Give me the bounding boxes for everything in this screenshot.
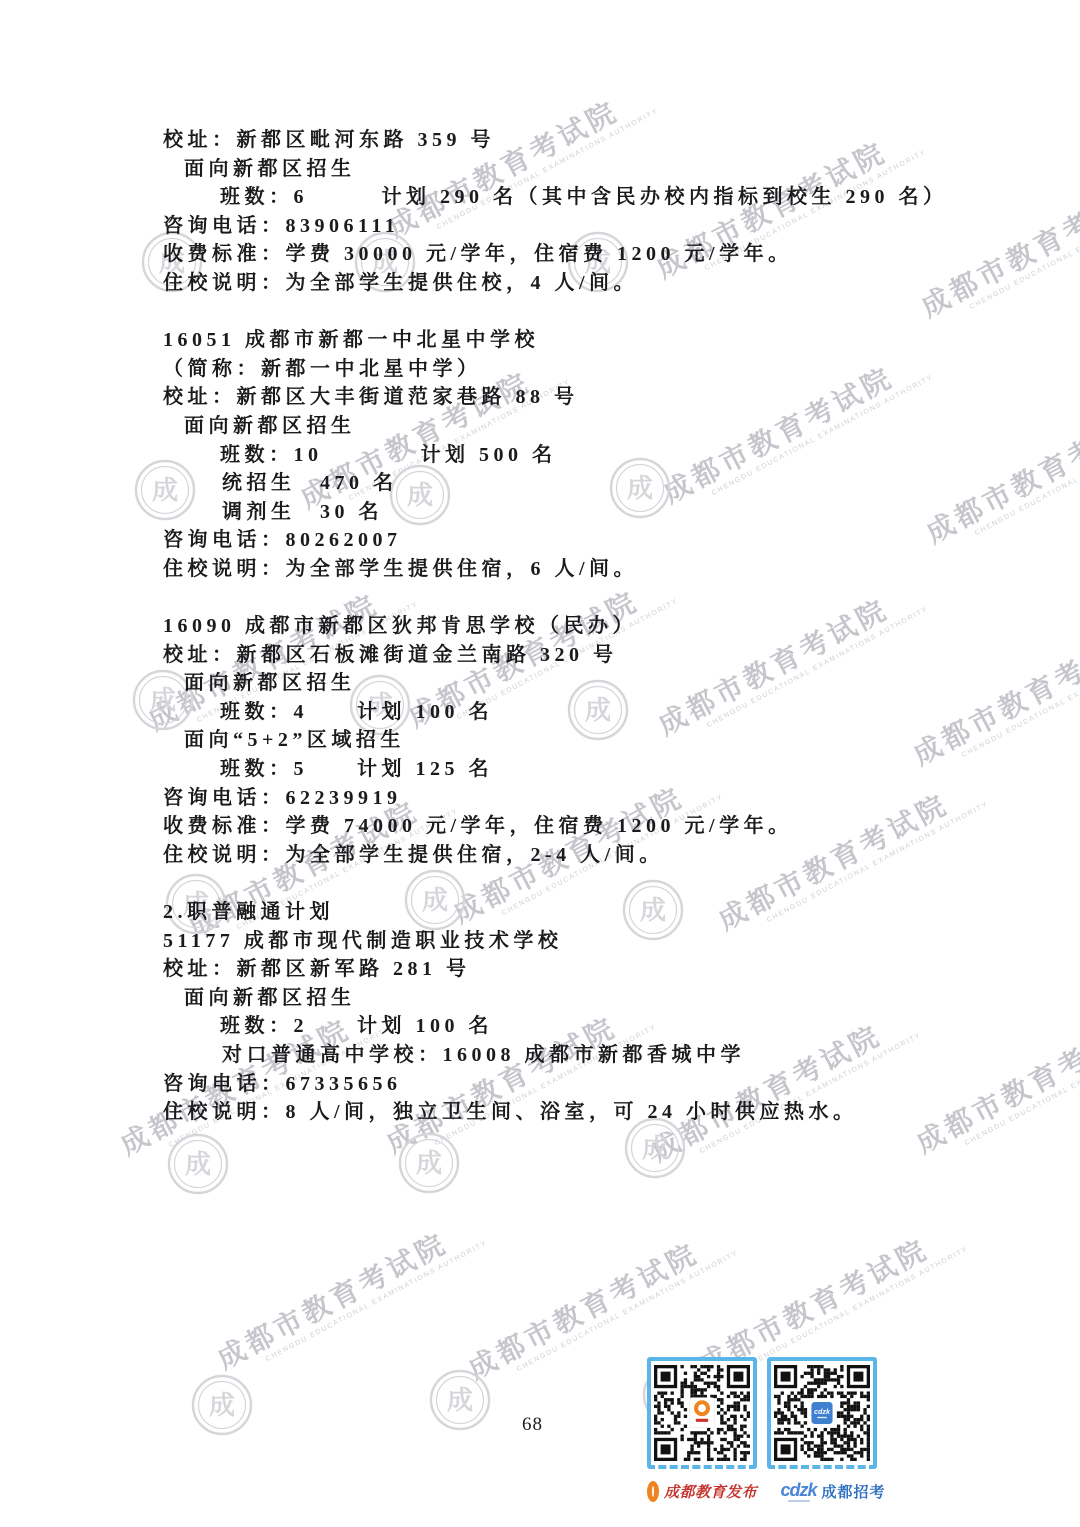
text-line: 收费标准：学费 74000 元/学年，住宿费 1200 元/学年。 [163,812,1040,841]
section-2: 16051 成都市新都一中北星中学校（简称：新都一中北星中学）校址：新都区大丰街… [163,326,1040,583]
text-line: 对口普通高中学校：16008 成都市新都香城中学 [163,1041,1040,1070]
text-line: 住校说明：为全部学生提供住校，4 人/间。 [163,269,1040,298]
text-line: 16051 成都市新都一中北星中学校 [163,326,1040,355]
text-line: 咨询电话：67335656 [163,1070,1040,1099]
qr-captions: 成都教育发布 cdzk 成都招考 [647,1477,885,1505]
watermark-stamp-icon: 成 [429,1369,491,1431]
text-line: 调剂生 30 名 [163,498,1040,527]
section-3: 16090 成都市新都区狄邦肯思学校（民办）校址：新都区石板滩街道金兰南路 32… [163,612,1040,869]
text-line: （简称：新都一中北星中学） [163,355,1040,384]
text-line: 校址：新都区大丰街道范家巷路 88 号 [163,383,1040,412]
text-line: 咨询电话：83906111 [163,212,1040,241]
text-line: 住校说明：为全部学生提供住宿，2-4 人/间。 [163,841,1040,870]
text-line: 班数：2 计划 100 名 [163,1012,1040,1041]
svg-text:成: 成 [209,1391,235,1420]
cdzk-logo-icon: cdzk [780,1481,816,1502]
section-1: 校址：新都区毗河东路 359 号面向新都区招生班数：6 计划 290 名（其中含… [163,126,1040,298]
text-line: 班数：10 计划 500 名 [163,441,1040,470]
text-line: 面向新都区招生 [163,984,1040,1013]
text-line: 统招生 470 名 [163,469,1040,498]
svg-text:成: 成 [447,1386,473,1415]
text-line: 面向“5+2”区域招生 [163,726,1040,755]
qr-image-right: cdzk [774,1364,870,1462]
text-line: 住校说明：为全部学生提供住宿，6 人/间。 [163,555,1040,584]
qr-image-left [654,1364,750,1462]
text-line: 咨询电话：62239919 [163,784,1040,813]
text-line: 面向新都区招生 [163,669,1040,698]
watermark-text: 成都市教育考试院CHENGDU EDUCATIONAL EXAMINATIONS… [209,1205,488,1383]
caption-chengdu-zhaokao: cdzk 成都招考 [781,1477,885,1505]
caption-right-label: 成都招考 [822,1481,886,1502]
qr-code-chengdu-zhaokao: cdzk [767,1357,877,1469]
chengdu-education-logo-icon [647,1481,659,1502]
text-line: 2.职普融通计划 [163,898,1040,927]
text-line: 班数：4 计划 100 名 [163,698,1040,727]
document-page: 成都市教育考试院CHENGDU EDUCATIONAL EXAMINATIONS… [0,0,1080,1527]
caption-left-label: 成都教育发布 [664,1481,757,1502]
section-4: 2.职普融通计划51177 成都市现代制造职业技术学校校址：新都区新军路 281… [163,898,1040,1127]
text-line: 住校说明：8 人/间，独立卫生间、浴室，可 24 小时供应热水。 [163,1098,1040,1127]
text-line: 面向新都区招生 [163,412,1040,441]
text-line: 面向新都区招生 [163,155,1040,184]
text-line: 班数：5 计划 125 名 [163,755,1040,784]
text-line: 收费标准：学费 30000 元/学年，住宿费 1200 元/学年。 [163,240,1040,269]
svg-text:cdzk: cdzk [814,1407,831,1416]
qr-code-chengdu-education [647,1357,757,1469]
text-line: 咨询电话：80262007 [163,526,1040,555]
text-line: 班数：6 计划 290 名（其中含民办校内指标到校生 290 名） [163,183,1040,212]
text-line: 16090 成都市新都区狄邦肯思学校（民办） [163,612,1040,641]
footer-qr-area: cdzk [647,1357,877,1469]
text-line: 校址：新都区新军路 281 号 [163,955,1040,984]
text-line: 51177 成都市现代制造职业技术学校 [163,927,1040,956]
document-content: 校址：新都区毗河东路 359 号面向新都区招生班数：6 计划 290 名（其中含… [163,126,1040,1155]
text-line: 校址：新都区石板滩街道金兰南路 320 号 [163,641,1040,670]
text-line: 校址：新都区毗河东路 359 号 [163,126,1040,155]
watermark-stamp-icon: 成 [191,1374,253,1436]
page-number: 68 [522,1414,543,1436]
caption-chengdu-education: 成都教育发布 [647,1477,757,1505]
